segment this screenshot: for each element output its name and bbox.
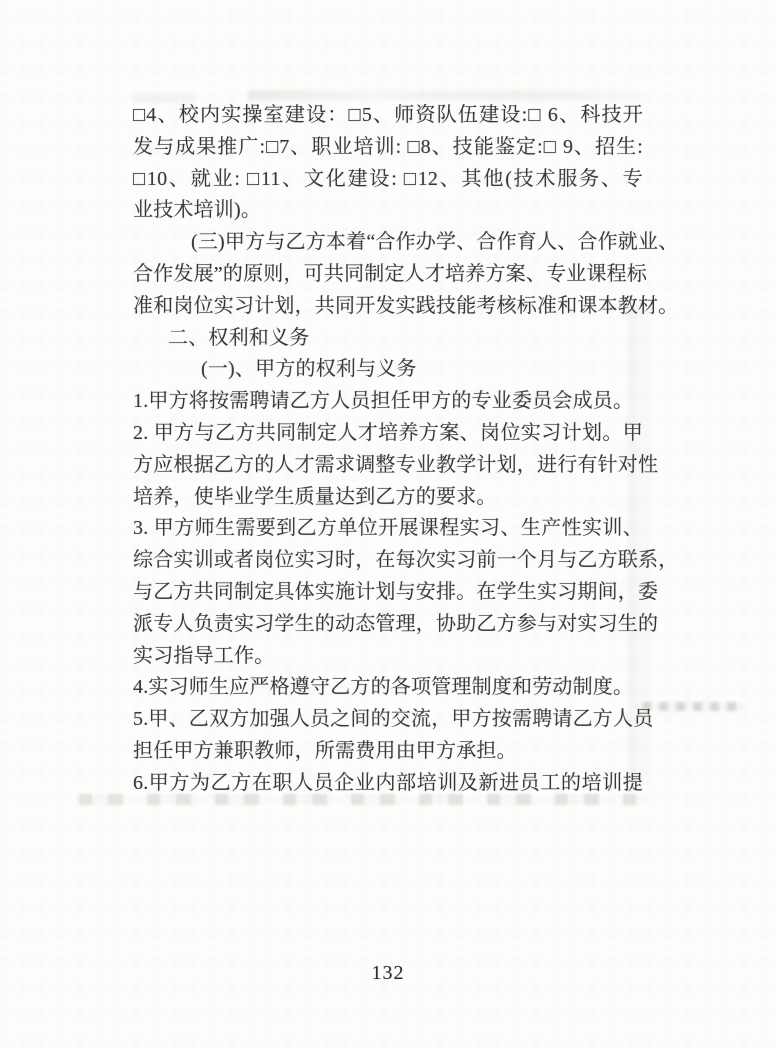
page-number: 132: [0, 962, 776, 985]
contract-line: (一)、甲方的权利与义务: [133, 354, 643, 386]
contract-line: 6.甲方为乙方在职人员企业内部培训及新进员工的培训提: [133, 768, 643, 800]
contract-line: 5.甲、乙双方加强人员之间的交流，甲方按需聘请乙方人员: [133, 704, 643, 736]
contract-line: 培养，使毕业学生质量达到乙方的要求。: [133, 482, 643, 514]
contract-line: □4、校内实操室建设：□5、师资队伍建设:□ 6、科技开: [133, 100, 643, 132]
contract-line: 担任甲方兼职教师，所需费用由甲方承担。: [133, 736, 643, 768]
contract-line: 3. 甲方师生需要到乙方单位开展课程实习、生产性实训、: [133, 513, 643, 545]
contract-line: 2. 甲方与乙方共同制定人才培养方案、岗位实习计划。甲: [133, 418, 643, 450]
body-text: □4、校内实操室建设：□5、师资队伍建设:□ 6、科技开发与成果推广:□7、职业…: [133, 100, 643, 800]
contract-line: (三)甲方与乙方本着“合作办学、合作育人、合作就业、: [133, 227, 643, 259]
contract-line: 合作发展”的原则，可共同制定人才培养方案、专业课程标: [133, 259, 643, 291]
contract-line: 4.实习师生应严格遵守乙方的各项管理制度和劳动制度。: [133, 672, 643, 704]
contract-line: 业技术培训)。: [133, 195, 643, 227]
contract-line: □10、就业: □11、文化建设: □12、其他(技术服务、专: [133, 164, 643, 196]
scan-artifact-top-band: [248, 90, 644, 100]
contract-line: 准和岗位实习计划，共同开发实践技能考核标准和课本教材。: [133, 291, 643, 323]
scan-artifact-right-smudge: [642, 702, 744, 711]
contract-line: 方应根据乙方的人才需求调整专业教学计划，进行有针对性: [133, 450, 643, 482]
contract-line: 二、权利和义务: [133, 323, 643, 355]
contract-line: 综合实训或者岗位实习时，在每次实习前一个月与乙方联系，: [133, 545, 643, 577]
contract-line: 派专人负责实习学生的动态管理，协助乙方参与对实习生的: [133, 609, 643, 641]
contract-line: 实习指导工作。: [133, 641, 643, 673]
document-page: □4、校内实操室建设：□5、师资队伍建设:□ 6、科技开发与成果推广:□7、职业…: [0, 0, 776, 1048]
contract-line: 1.甲方将按需聘请乙方人员担任甲方的专业委员会成员。: [133, 386, 643, 418]
contract-line: 与乙方共同制定具体实施计划与安排。在学生实习期间，委: [133, 577, 643, 609]
contract-line: 发与成果推广:□7、职业培训: □8、技能鉴定:□ 9、招生:: [133, 132, 643, 164]
